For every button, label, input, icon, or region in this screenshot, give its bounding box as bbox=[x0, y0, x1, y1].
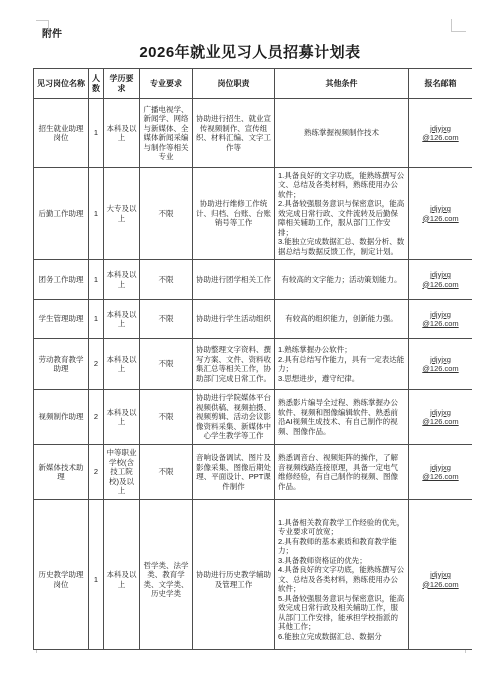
cell-major: 哲学类、法学类、教育学类、文学类、历史学类 bbox=[140, 500, 193, 651]
cell-conditions: 熟练掌握视频制作技术 bbox=[275, 99, 409, 168]
table-row: 团务工作助理 1 本科及以上 不限 协助进行团学相关工作 有较高的文字能力；活动… bbox=[34, 260, 473, 300]
recruitment-table-container: 见习岗位名称 人数 学历要求 专业要求 岗位职责 其他条件 报名邮箱 招生就业助… bbox=[33, 68, 472, 650]
cell-duties: 协助进行招生、就业宣传视频制作、宣传组织、材料汇编、文字工作等 bbox=[193, 99, 275, 168]
header-duties: 岗位职责 bbox=[193, 69, 275, 99]
cell-conditions: 1.具备良好的文字功底，能熟练撰写公文、总结及各类材料，熟练使用办公软件； 2.… bbox=[275, 168, 409, 260]
email-link[interactable]: jdjyjxg@126.com bbox=[422, 270, 458, 289]
cell-conditions: 熟悉影片编导全过程、熟练掌握办公软件、视频和图像编辑软件、熟悉前沿AI视频生成技… bbox=[275, 390, 409, 445]
cell-count: 1 bbox=[89, 260, 104, 300]
recruitment-table: 见习岗位名称 人数 学历要求 专业要求 岗位职责 其他条件 报名邮箱 招生就业助… bbox=[33, 68, 472, 650]
cell-email: jdjyjxg@126.com bbox=[409, 500, 473, 651]
header-education: 学历要求 bbox=[104, 69, 140, 99]
document-page: { "page": { "attachment_label": "附件", "t… bbox=[0, 0, 500, 678]
table-row: 劳动教育教学助理 2 本科及以上 不限 协助整理文字资料、撰写方案、文件、资料收… bbox=[34, 339, 473, 390]
header-email: 报名邮箱 bbox=[409, 69, 473, 99]
cell-email: jdjyjxg@126.com bbox=[409, 339, 473, 390]
page-title: 2026年就业见习人员招募计划表 bbox=[0, 41, 500, 62]
cell-email: jdjyjxg@126.com bbox=[409, 260, 473, 300]
table-row: 历史教学助理岗位 1 本科及以上 哲学类、法学类、教育学类、文学类、历史学类 协… bbox=[34, 500, 473, 651]
cell-count: 1 bbox=[89, 168, 104, 260]
email-link[interactable]: jdjyjxg@126.com bbox=[422, 570, 458, 589]
table-row: 后勤工作助理 1 大专及以上 不限 协助进行维修工作统计、归档、台账、台账销号等… bbox=[34, 168, 473, 260]
cell-education: 本科及以上 bbox=[104, 260, 140, 300]
cell-count: 1 bbox=[89, 99, 104, 168]
cell-conditions: 1.熟练掌握办公软件； 2.具有总结写作能力，具有一定表达能力； 3.思想进步，… bbox=[275, 339, 409, 390]
cell-conditions: 有较高的文字能力；活动策划能力。 bbox=[275, 260, 409, 300]
attachment-label: 附件 bbox=[42, 25, 62, 40]
cell-conditions: 1.具备相关教育教学工作经验的优先，专业要求可放宽； 2.具有教师的基本素质和教… bbox=[275, 500, 409, 651]
cell-email: jdjyjxg@126.com bbox=[409, 168, 473, 260]
cell-duties: 协助进行学院媒体平台视频供稿、视频拍摄、视频剪辑、活动会议影像资料采集、新媒体中… bbox=[193, 390, 275, 445]
cell-count: 2 bbox=[89, 445, 104, 500]
cell-education: 本科及以上 bbox=[104, 339, 140, 390]
table-row: 视频制作助理 2 本科及以上 不限 协助进行学院媒体平台视频供稿、视频拍摄、视频… bbox=[34, 390, 473, 445]
email-link[interactable]: jdjyjxg@126.com bbox=[422, 463, 458, 482]
table-row: 新媒体技术助理 2 中等职业学校(含技工院校)及以上 不限 音响设备调试、图片及… bbox=[34, 445, 473, 500]
cell-email: jdjyjxg@126.com bbox=[409, 300, 473, 339]
cell-duties: 协助进行历史教学辅助及管理工作 bbox=[193, 500, 275, 651]
email-link[interactable]: jdjyjxg@126.com bbox=[422, 310, 458, 329]
cell-position: 学生管理助理 bbox=[34, 300, 89, 339]
cell-position: 视频制作助理 bbox=[34, 390, 89, 445]
cell-major: 不限 bbox=[140, 168, 193, 260]
cell-major: 不限 bbox=[140, 445, 193, 500]
cell-major: 不限 bbox=[140, 260, 193, 300]
cell-email: jdjyjxg@126.com bbox=[409, 445, 473, 500]
cell-conditions: 有较高的组织能力，创新能力强。 bbox=[275, 300, 409, 339]
cell-conditions: 熟悉调音台、视频矩阵的操作，了解音视频线路连接原理，具备一定电气维修经验，有自己… bbox=[275, 445, 409, 500]
cell-major: 广播电视学、新闻学、网络与新媒体、全媒体新闻采编与制作等相关专业 bbox=[140, 99, 193, 168]
cell-position: 新媒体技术助理 bbox=[34, 445, 89, 500]
email-link[interactable]: jdjyjxg@126.com bbox=[422, 124, 458, 143]
cell-education: 本科及以上 bbox=[104, 500, 140, 651]
cell-count: 1 bbox=[89, 500, 104, 651]
header-conditions: 其他条件 bbox=[275, 69, 409, 99]
cell-major: 不限 bbox=[140, 390, 193, 445]
cell-position: 历史教学助理岗位 bbox=[34, 500, 89, 651]
cell-education: 本科及以上 bbox=[104, 300, 140, 339]
cell-education: 大专及以上 bbox=[104, 168, 140, 260]
cell-education: 本科及以上 bbox=[104, 99, 140, 168]
cell-education: 中等职业学校(含技工院校)及以上 bbox=[104, 445, 140, 500]
cell-duties: 协助进行学生活动组织 bbox=[193, 300, 275, 339]
cell-count: 2 bbox=[89, 390, 104, 445]
cell-duties: 音响设备调试、图片及影像采集、图像后期处理、平面设计、PPT课件制作 bbox=[193, 445, 275, 500]
cell-email: jdjyjxg@126.com bbox=[409, 390, 473, 445]
cell-position: 团务工作助理 bbox=[34, 260, 89, 300]
header-count: 人数 bbox=[89, 69, 104, 99]
header-major: 专业要求 bbox=[140, 69, 193, 99]
header-position: 见习岗位名称 bbox=[34, 69, 89, 99]
cell-position: 招生就业助理岗位 bbox=[34, 99, 89, 168]
cell-major: 不限 bbox=[140, 300, 193, 339]
email-link[interactable]: jdjyjxg@126.com bbox=[422, 408, 458, 427]
cell-major: 不限 bbox=[140, 339, 193, 390]
cell-education: 本科及以上 bbox=[104, 390, 140, 445]
table-row: 招生就业助理岗位 1 本科及以上 广播电视学、新闻学、网络与新媒体、全媒体新闻采… bbox=[34, 99, 473, 168]
email-link[interactable]: jdjyjxg@126.com bbox=[422, 204, 458, 223]
cell-email: jdjyjxg@126.com bbox=[409, 99, 473, 168]
cell-count: 2 bbox=[89, 339, 104, 390]
cell-position: 后勤工作助理 bbox=[34, 168, 89, 260]
email-link[interactable]: jdjyjxg@126.com bbox=[422, 355, 458, 374]
cell-count: 1 bbox=[89, 300, 104, 339]
cell-duties: 协助进行团学相关工作 bbox=[193, 260, 275, 300]
cell-duties: 协助进行维修工作统计、归档、台账、台账销号等工作 bbox=[193, 168, 275, 260]
cell-position: 劳动教育教学助理 bbox=[34, 339, 89, 390]
margin-crop-mark-top-right bbox=[451, 19, 466, 32]
table-row: 学生管理助理 1 本科及以上 不限 协助进行学生活动组织 有较高的组织能力，创新… bbox=[34, 300, 473, 339]
cell-duties: 协助整理文字资料、撰写方案、文件、资料收集汇总等相关工作，协助部门完成日常工作。 bbox=[193, 339, 275, 390]
table-header-row: 见习岗位名称 人数 学历要求 专业要求 岗位职责 其他条件 报名邮箱 bbox=[34, 69, 473, 99]
